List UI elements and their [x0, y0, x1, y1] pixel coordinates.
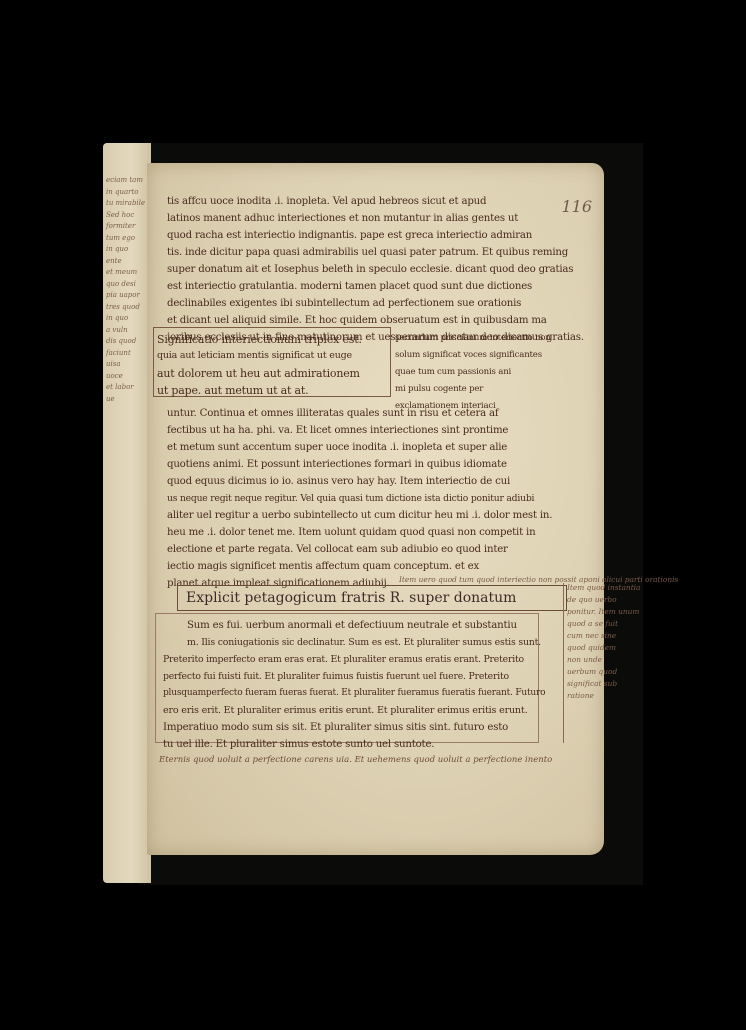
margin-note: quod quidem — [567, 643, 616, 652]
margin-note: Item quod instantia — [567, 583, 640, 592]
margin-note: ratione — [567, 691, 594, 700]
margin-note: significat sub — [567, 679, 617, 688]
text-line: quod equus dicimus io io. asinus vero ha… — [167, 476, 510, 487]
fragment-line: tu mirabile — [103, 198, 151, 210]
margin-note: de quo uerbo — [567, 595, 617, 604]
text-line: fectibus ut ha ha. phi. va. Et licet omn… — [167, 425, 508, 436]
fragment-line: pia uapor — [103, 290, 151, 302]
margin-note: ponitur. Item unum — [567, 607, 639, 616]
fragment-line: in quarto — [103, 187, 151, 199]
text-line: latinos manent adhuc interiectiones et n… — [167, 213, 518, 224]
text-line: aliter uel regitur a uerbo subintellecto… — [167, 510, 552, 521]
text-line: us neque regit neque regitur. Vel quia q… — [167, 493, 534, 504]
text-line: electione et parte regata. Vel collocat … — [167, 544, 508, 555]
paradigm-line: tu uel ille. Et pluraliter simus estote … — [163, 739, 434, 750]
fragment-line: tum ego — [103, 233, 151, 245]
manuscript-page: 116 tis affcu uoce inodita .i. inopleta.… — [147, 163, 604, 855]
text-line: quod racha est interiectio indignantis. … — [167, 230, 532, 241]
text-line: est interiectio gratulantia. moderni tam… — [167, 281, 532, 292]
fragment-line: dis quod — [103, 336, 151, 348]
text-line: super donatum ait et Iosephus beleth in … — [167, 264, 573, 275]
paradigm-line: perfecto fui fuisti fuit. Et pluraliter … — [163, 671, 509, 682]
fragment-line: in quo — [103, 244, 151, 256]
fragment-line: eciam tam — [103, 175, 151, 187]
fragment-line: quo desi — [103, 279, 151, 291]
text-line: et metum sunt accentum super uoce inodit… — [167, 442, 507, 453]
box-right-line: quae tum cum passionis ani — [395, 367, 511, 377]
box-line: quia aut leticiam mentis significat ut e… — [157, 350, 352, 361]
paradigm-line: Preterito imperfecto eram eras erat. Et … — [163, 654, 524, 665]
margin-note: uerbum quod — [567, 667, 617, 676]
fragment-line: Sed hoc — [103, 210, 151, 222]
fragment-line: et labor — [103, 382, 151, 394]
fragment-line: uoce — [103, 371, 151, 383]
fragment-line: ue — [103, 394, 151, 406]
box-line: aut dolorem ut heu aut admirationem — [157, 367, 360, 380]
box-line: Significatio interiectionum triplex est. — [157, 333, 362, 346]
text-line: iectio magis significet mentis affectum … — [167, 561, 479, 572]
box-line: ut pape. aut metum ut at at. — [157, 384, 308, 397]
paradigm-line: Sum es fui. uerbum anormali et defectiuu… — [187, 620, 517, 631]
fragment-line: uisa — [103, 359, 151, 371]
folio-number: 116 — [561, 197, 592, 216]
margin-rule — [563, 583, 564, 743]
fragment-line: tres quod — [103, 302, 151, 314]
explicit-rubric: Explicit petagogicum fratris R. super do… — [177, 585, 567, 611]
bottom-note: Eternis quod uoluit a perfectione carens… — [159, 755, 552, 765]
box-right-line: solum significat voces significantes — [395, 350, 542, 360]
margin-note: cum nec sine — [567, 631, 616, 640]
paradigm-line: plusquamperfecto fueram fueras fuerat. E… — [163, 688, 545, 698]
fragment-line: in quo — [103, 313, 151, 325]
margin-note: non unde — [567, 655, 602, 664]
text-line: untur. Continua et omnes illiteratas qua… — [167, 408, 498, 419]
fragment-line: faciunt — [103, 348, 151, 360]
paradigm-line: ero eris erit. Et pluraliter erimus erit… — [163, 705, 527, 716]
paradigm-line: m. Ilis coniugationis sic declinatur. Su… — [187, 637, 541, 648]
fragment-line: ente — [103, 256, 151, 268]
text-line: declinabiles exigentes ibi subintellectu… — [167, 298, 521, 309]
margin-note: quod a se fuit — [567, 619, 618, 628]
text-line: heu me .i. dolor tenet me. Item uolunt q… — [167, 527, 535, 538]
text-line: quotiens animi. Et possunt interiectione… — [167, 459, 507, 470]
text-line: tis. inde dicitur papa quasi admirabilis… — [167, 247, 568, 258]
left-page-fragment: eciam tam in quarto tu mirabile Sed hoc … — [103, 143, 151, 883]
fragment-line: et meum — [103, 267, 151, 279]
box-right-line: secundum priscianum interiectio non — [395, 333, 551, 343]
text-line: tis affcu uoce inodita .i. inopleta. Vel… — [167, 196, 486, 207]
fragment-line: a vuln — [103, 325, 151, 337]
text-line: et dicant uel aliquid simile. Et hoc qui… — [167, 315, 547, 326]
paradigm-line: Imperatiuo modo sum sis sit. Et pluralit… — [163, 722, 508, 733]
fragment-line: formiter — [103, 221, 151, 233]
box-right-line: mi pulsu cogente per — [395, 384, 483, 394]
